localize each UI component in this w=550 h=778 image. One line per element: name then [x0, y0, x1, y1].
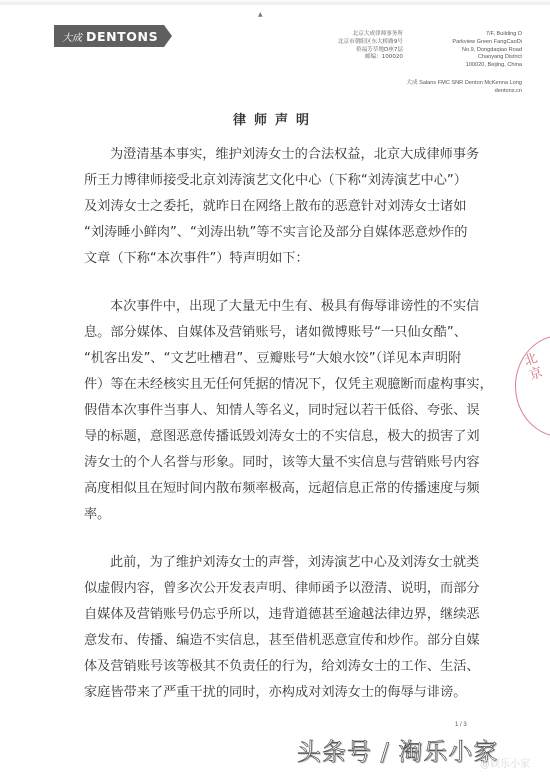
address-en-line: Parkview Green FangCaoDi — [410, 39, 522, 47]
text-line: “机客出发”、“文艺吐槽君”、豆瓣账号“大娘水饺”（详见本声明附 — [58, 346, 474, 372]
document-title: 律师声明 — [0, 109, 550, 128]
text-line: 本次事件中，出现了大量无中生有、极具有侮辱诽谤性的不实信 — [84, 294, 474, 320]
text-line: 似虚假内容，曾多次公开发表声明、律师函予以澄清、说明，而部分 — [58, 576, 474, 602]
affiliation-line: 大成 Salans FMC SNR Denton McKenna Long — [340, 79, 522, 87]
address-cn-line: 邮编：100020 — [320, 54, 403, 62]
text-line: 意发布、传播、编造不实信息，甚至借机恶意宣传和炒作。部分自媒 — [58, 628, 474, 654]
text-line: 件）等在未经核实且无任何凭据的情况下，仅凭主观臆断而虚构事实， — [58, 372, 474, 398]
text-line: 息。部分媒体、自媒体及营销账号，诸如微博账号“一只仙女酷”、 — [58, 320, 474, 346]
text-line: 导的标题，意图恶意传播诋毁刘涛女士的不实信息，极大的损害了刘 — [58, 424, 474, 450]
address-english: 7/F, Building D Parkview Green FangCaoDi… — [410, 31, 522, 70]
logo-arrow-tip — [164, 25, 172, 47]
text-line: 所王力博律师接受北京刘涛演艺文化中心（下称“刘涛演艺中心”） — [58, 168, 474, 194]
document-body: 为澄清基本事实，维护刘涛女士的合法权益，北京大成律师事务 所王力博律师接受北京刘… — [84, 142, 474, 728]
top-edge-rule — [0, 0, 550, 6]
text-line: 自媒体及营销账号仍忘乎所以，违背道德甚至逾越法律边界，继续恶 — [58, 602, 474, 628]
logo-english: DENTONS — [86, 29, 158, 44]
top-mark: ▲ — [258, 11, 263, 18]
text-line: 涛女士的个人名誉与形象。同时，该等大量不实信息与营销账号内容 — [58, 450, 474, 476]
address-cn-line: 北京大成律师事务所 — [320, 31, 403, 39]
address-en-line: No.9, Dongdaqiao Road — [410, 47, 522, 55]
text-line: 家庭皆带来了严重干扰的同时，亦构成对刘涛女士的侮辱与诽谤。 — [58, 680, 474, 706]
paragraph-previous: 此前，为了维护刘涛女士的声誉，刘涛演艺中心及刘涛女士就类 似虚假内容，曾多次公开… — [84, 550, 474, 706]
logo-badge: 大成 DENTONS — [54, 25, 164, 47]
text-line: 为澄清基本事实，维护刘涛女士的合法权益，北京大成律师事务 — [84, 142, 474, 168]
website-line: dentons.cn — [340, 87, 522, 95]
address-chinese: 北京大成律师事务所 北京市朝阳区东大桥路9号 侨福芳草地D座7层 邮编：1000… — [320, 31, 403, 62]
paragraph-intro: 为澄清基本事实，维护刘涛女士的合法权益，北京大成律师事务 所王力博律师接受北京刘… — [84, 142, 474, 272]
text-line: 高度相似且在短时间内散布频率极高，远超信息正常的传播速度与频 — [58, 476, 474, 502]
paragraph-incident: 本次事件中，出现了大量无中生有、极具有侮辱诽谤性的不实信 息。部分媒体、自媒体及… — [84, 294, 474, 528]
text-line: 文章（下称“本次事件”）特声明如下： — [58, 246, 474, 272]
dentons-logo: 大成 DENTONS — [54, 25, 172, 47]
address-en-line: Chaoyang District — [410, 54, 522, 62]
toutiao-watermark: 头条号 / 淘乐小家 — [297, 732, 498, 767]
text-line: “刘涛睡小鲜肉”、“刘涛出轨”等不实言论及部分自媒体恶意炒作的 — [58, 220, 474, 246]
page-number: 1 / 3 — [455, 722, 467, 728]
logo-chinese: 大成 — [62, 29, 82, 44]
address-en-line: 100020, Beijing, China — [410, 62, 522, 70]
text-line: 及刘涛女士之委托，就昨日在网络上散布的恶意针对刘涛女士诸如 — [58, 194, 474, 220]
text-line: 假借本次事件当事人、知情人等名义，同时冠以若干低俗、夸张、误 — [58, 398, 474, 424]
text-line: 率。 — [58, 502, 474, 528]
weibo-watermark: @娱乐小家 — [480, 755, 530, 770]
text-line: 体及营销账号该等极其不负责任的行为，给刘涛女士的工作、生活、 — [58, 654, 474, 680]
address-en-line: 7/F, Building D — [410, 31, 522, 39]
address-cn-line: 北京市朝阳区东大桥路9号 — [320, 39, 403, 47]
affiliation-block: 大成 Salans FMC SNR Denton McKenna Long de… — [340, 79, 522, 95]
text-line: 此前，为了维护刘涛女士的声誉，刘涛演艺中心及刘涛女士就类 — [84, 550, 474, 576]
